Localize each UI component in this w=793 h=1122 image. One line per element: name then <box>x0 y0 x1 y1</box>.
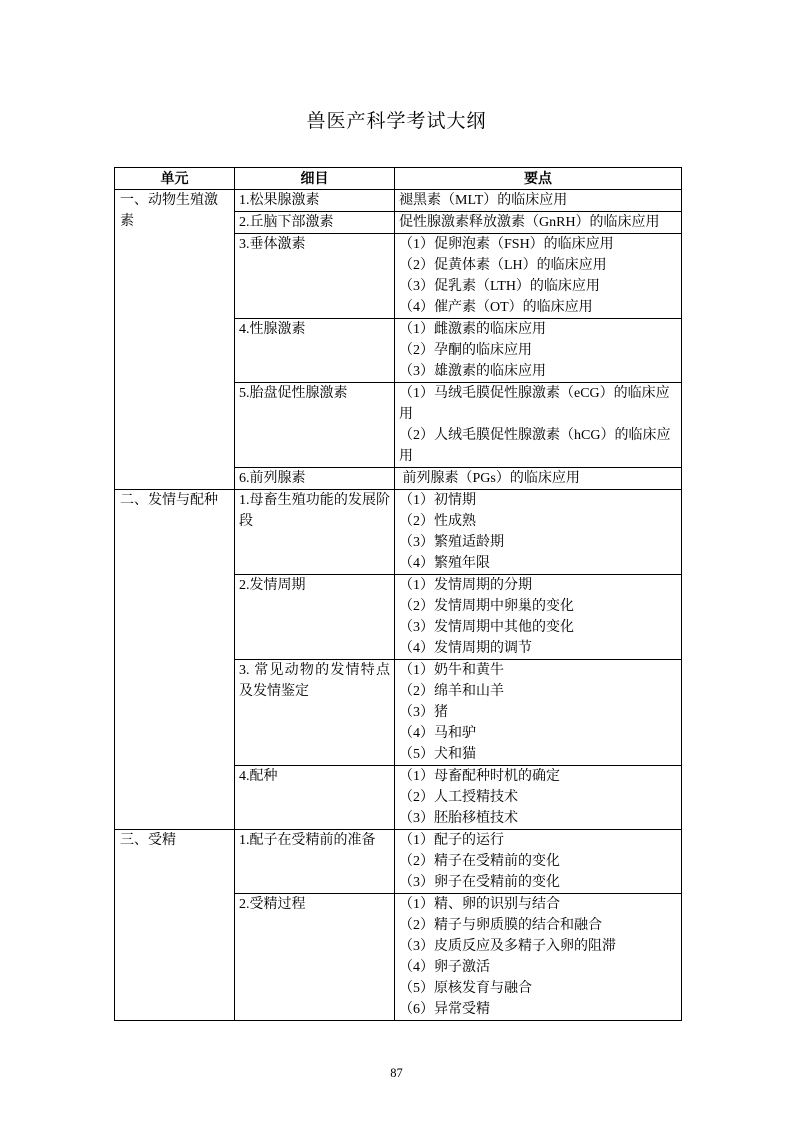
point-line: （1）初情期 <box>399 490 677 511</box>
points-cell: 前列腺素（PGs）的临床应用 <box>395 468 682 490</box>
point-line: （2）促黄体素（LH）的临床应用 <box>399 255 677 276</box>
point-line: （3）繁殖适龄期 <box>399 532 677 553</box>
points-cell: 褪黑素（MLT）的临床应用 <box>395 190 682 212</box>
detail-cell: 3.垂体激素 <box>235 234 395 319</box>
unit-cell: 三、受精 <box>115 830 235 1021</box>
point-line: （1）母畜配种时机的确定 <box>399 766 677 787</box>
point-line: （3）猪 <box>399 702 677 723</box>
point-line: （3）雄激素的临床应用 <box>399 361 677 382</box>
point-line: （1）配子的运行 <box>399 830 677 851</box>
points-cell: （1）发情周期的分期（2）发情周期中卵巢的变化（3）发情周期中其他的变化（4）发… <box>395 575 682 660</box>
point-line: （1）促卵泡素（FSH）的临床应用 <box>399 234 677 255</box>
detail-cell: 1.配子在受精前的准备 <box>235 830 395 894</box>
point-line: （3）发情周期中其他的变化 <box>399 617 677 638</box>
point-line: （2）绵羊和山羊 <box>399 681 677 702</box>
detail-cell: 1.母畜生殖功能的发展阶段 <box>235 490 395 575</box>
detail-cell: 4.配种 <box>235 766 395 830</box>
table-row: 二、发情与配种1.母畜生殖功能的发展阶段（1）初情期（2）性成熟（3）繁殖适龄期… <box>115 490 682 575</box>
points-cell: （1）奶牛和黄牛（2）绵羊和山羊（3）猪（4）马和驴（5）犬和猫 <box>395 660 682 766</box>
point-line: 褪黑素（MLT）的临床应用 <box>399 190 677 211</box>
points-cell: （1）精、卵的识别与结合（2）精子与卵质膜的结合和融合（3）皮质反应及多精子入卵… <box>395 894 682 1021</box>
unit-cell: 一、动物生殖激素 <box>115 190 235 490</box>
point-line: （2）性成熟 <box>399 511 677 532</box>
points-cell: （1）初情期（2）性成熟（3）繁殖适龄期（4）繁殖年限 <box>395 490 682 575</box>
page-title: 兽医产科学考试大纲 <box>0 106 793 133</box>
point-line: （6）异常受精 <box>399 999 677 1020</box>
column-header-detail: 细目 <box>235 168 395 190</box>
point-line: （1）马绒毛膜促性腺激素（eCG）的临床应用 <box>399 383 677 425</box>
point-line: （3）促乳素（LTH）的临床应用 <box>399 276 677 297</box>
point-line: （2）人工授精技术 <box>399 787 677 808</box>
point-line: （5）原核发育与融合 <box>399 978 677 999</box>
points-cell: （1）促卵泡素（FSH）的临床应用（2）促黄体素（LH）的临床应用（3）促乳素（… <box>395 234 682 319</box>
detail-cell: 2.受精过程 <box>235 894 395 1021</box>
unit-cell: 二、发情与配种 <box>115 490 235 830</box>
point-line: （3）皮质反应及多精子入卵的阻滞 <box>399 936 677 957</box>
detail-cell: 4.性腺激素 <box>235 319 395 383</box>
point-line: （2）人绒毛膜促性腺激素（hCG）的临床应用 <box>399 425 677 467</box>
points-cell: 促性腺激素释放激素（GnRH）的临床应用 <box>395 212 682 234</box>
point-line: （4）马和驴 <box>399 723 677 744</box>
detail-cell: 2.丘脑下部激素 <box>235 212 395 234</box>
points-cell: （1）雌激素的临床应用（2）孕酮的临床应用（3）雄激素的临床应用 <box>395 319 682 383</box>
points-cell: （1）母畜配种时机的确定（2）人工授精技术（3）胚胎移植技术 <box>395 766 682 830</box>
detail-cell: 5.胎盘促性腺激素 <box>235 383 395 468</box>
point-line: （3）胚胎移植技术 <box>399 808 677 829</box>
point-line: 前列腺素（PGs）的临床应用 <box>399 468 677 489</box>
detail-cell: 6.前列腺素 <box>235 468 395 490</box>
syllabus-table: 单元 细目 要点 一、动物生殖激素1.松果腺激素褪黑素（MLT）的临床应用2.丘… <box>114 167 682 1021</box>
point-line: （5）犬和猫 <box>399 744 677 765</box>
point-line: （1）雌激素的临床应用 <box>399 319 677 340</box>
points-cell: （1）配子的运行（2）精子在受精前的变化（3）卵子在受精前的变化 <box>395 830 682 894</box>
point-line: 促性腺激素释放激素（GnRH）的临床应用 <box>399 212 677 233</box>
table-row: 三、受精1.配子在受精前的准备（1）配子的运行（2）精子在受精前的变化（3）卵子… <box>115 830 682 894</box>
column-header-points: 要点 <box>395 168 682 190</box>
point-line: （1）奶牛和黄牛 <box>399 660 677 681</box>
point-line: （4）催产素（OT）的临床应用 <box>399 297 677 318</box>
point-line: （2）精子与卵质膜的结合和融合 <box>399 915 677 936</box>
point-line: （2）发情周期中卵巢的变化 <box>399 596 677 617</box>
point-line: （4）卵子激活 <box>399 957 677 978</box>
point-line: （1）精、卵的识别与结合 <box>399 894 677 915</box>
point-line: （2）精子在受精前的变化 <box>399 851 677 872</box>
point-line: （4）繁殖年限 <box>399 553 677 574</box>
detail-cell: 1.松果腺激素 <box>235 190 395 212</box>
detail-cell: 3. 常见动物的发情特点及发情鉴定 <box>235 660 395 766</box>
point-line: （4）发情周期的调节 <box>399 638 677 659</box>
page-number: 87 <box>0 1066 793 1081</box>
point-line: （2）孕酮的临床应用 <box>399 340 677 361</box>
point-line: （1）发情周期的分期 <box>399 575 677 596</box>
point-line: （3）卵子在受精前的变化 <box>399 872 677 893</box>
table-row: 一、动物生殖激素1.松果腺激素褪黑素（MLT）的临床应用 <box>115 190 682 212</box>
points-cell: （1）马绒毛膜促性腺激素（eCG）的临床应用（2）人绒毛膜促性腺激素（hCG）的… <box>395 383 682 468</box>
detail-cell: 2.发情周期 <box>235 575 395 660</box>
document-page: 兽医产科学考试大纲 单元 细目 要点 一、动物生殖激素1.松果腺激素褪黑素（ML… <box>0 0 793 1122</box>
header-row: 单元 细目 要点 <box>115 168 682 190</box>
column-header-unit: 单元 <box>115 168 235 190</box>
